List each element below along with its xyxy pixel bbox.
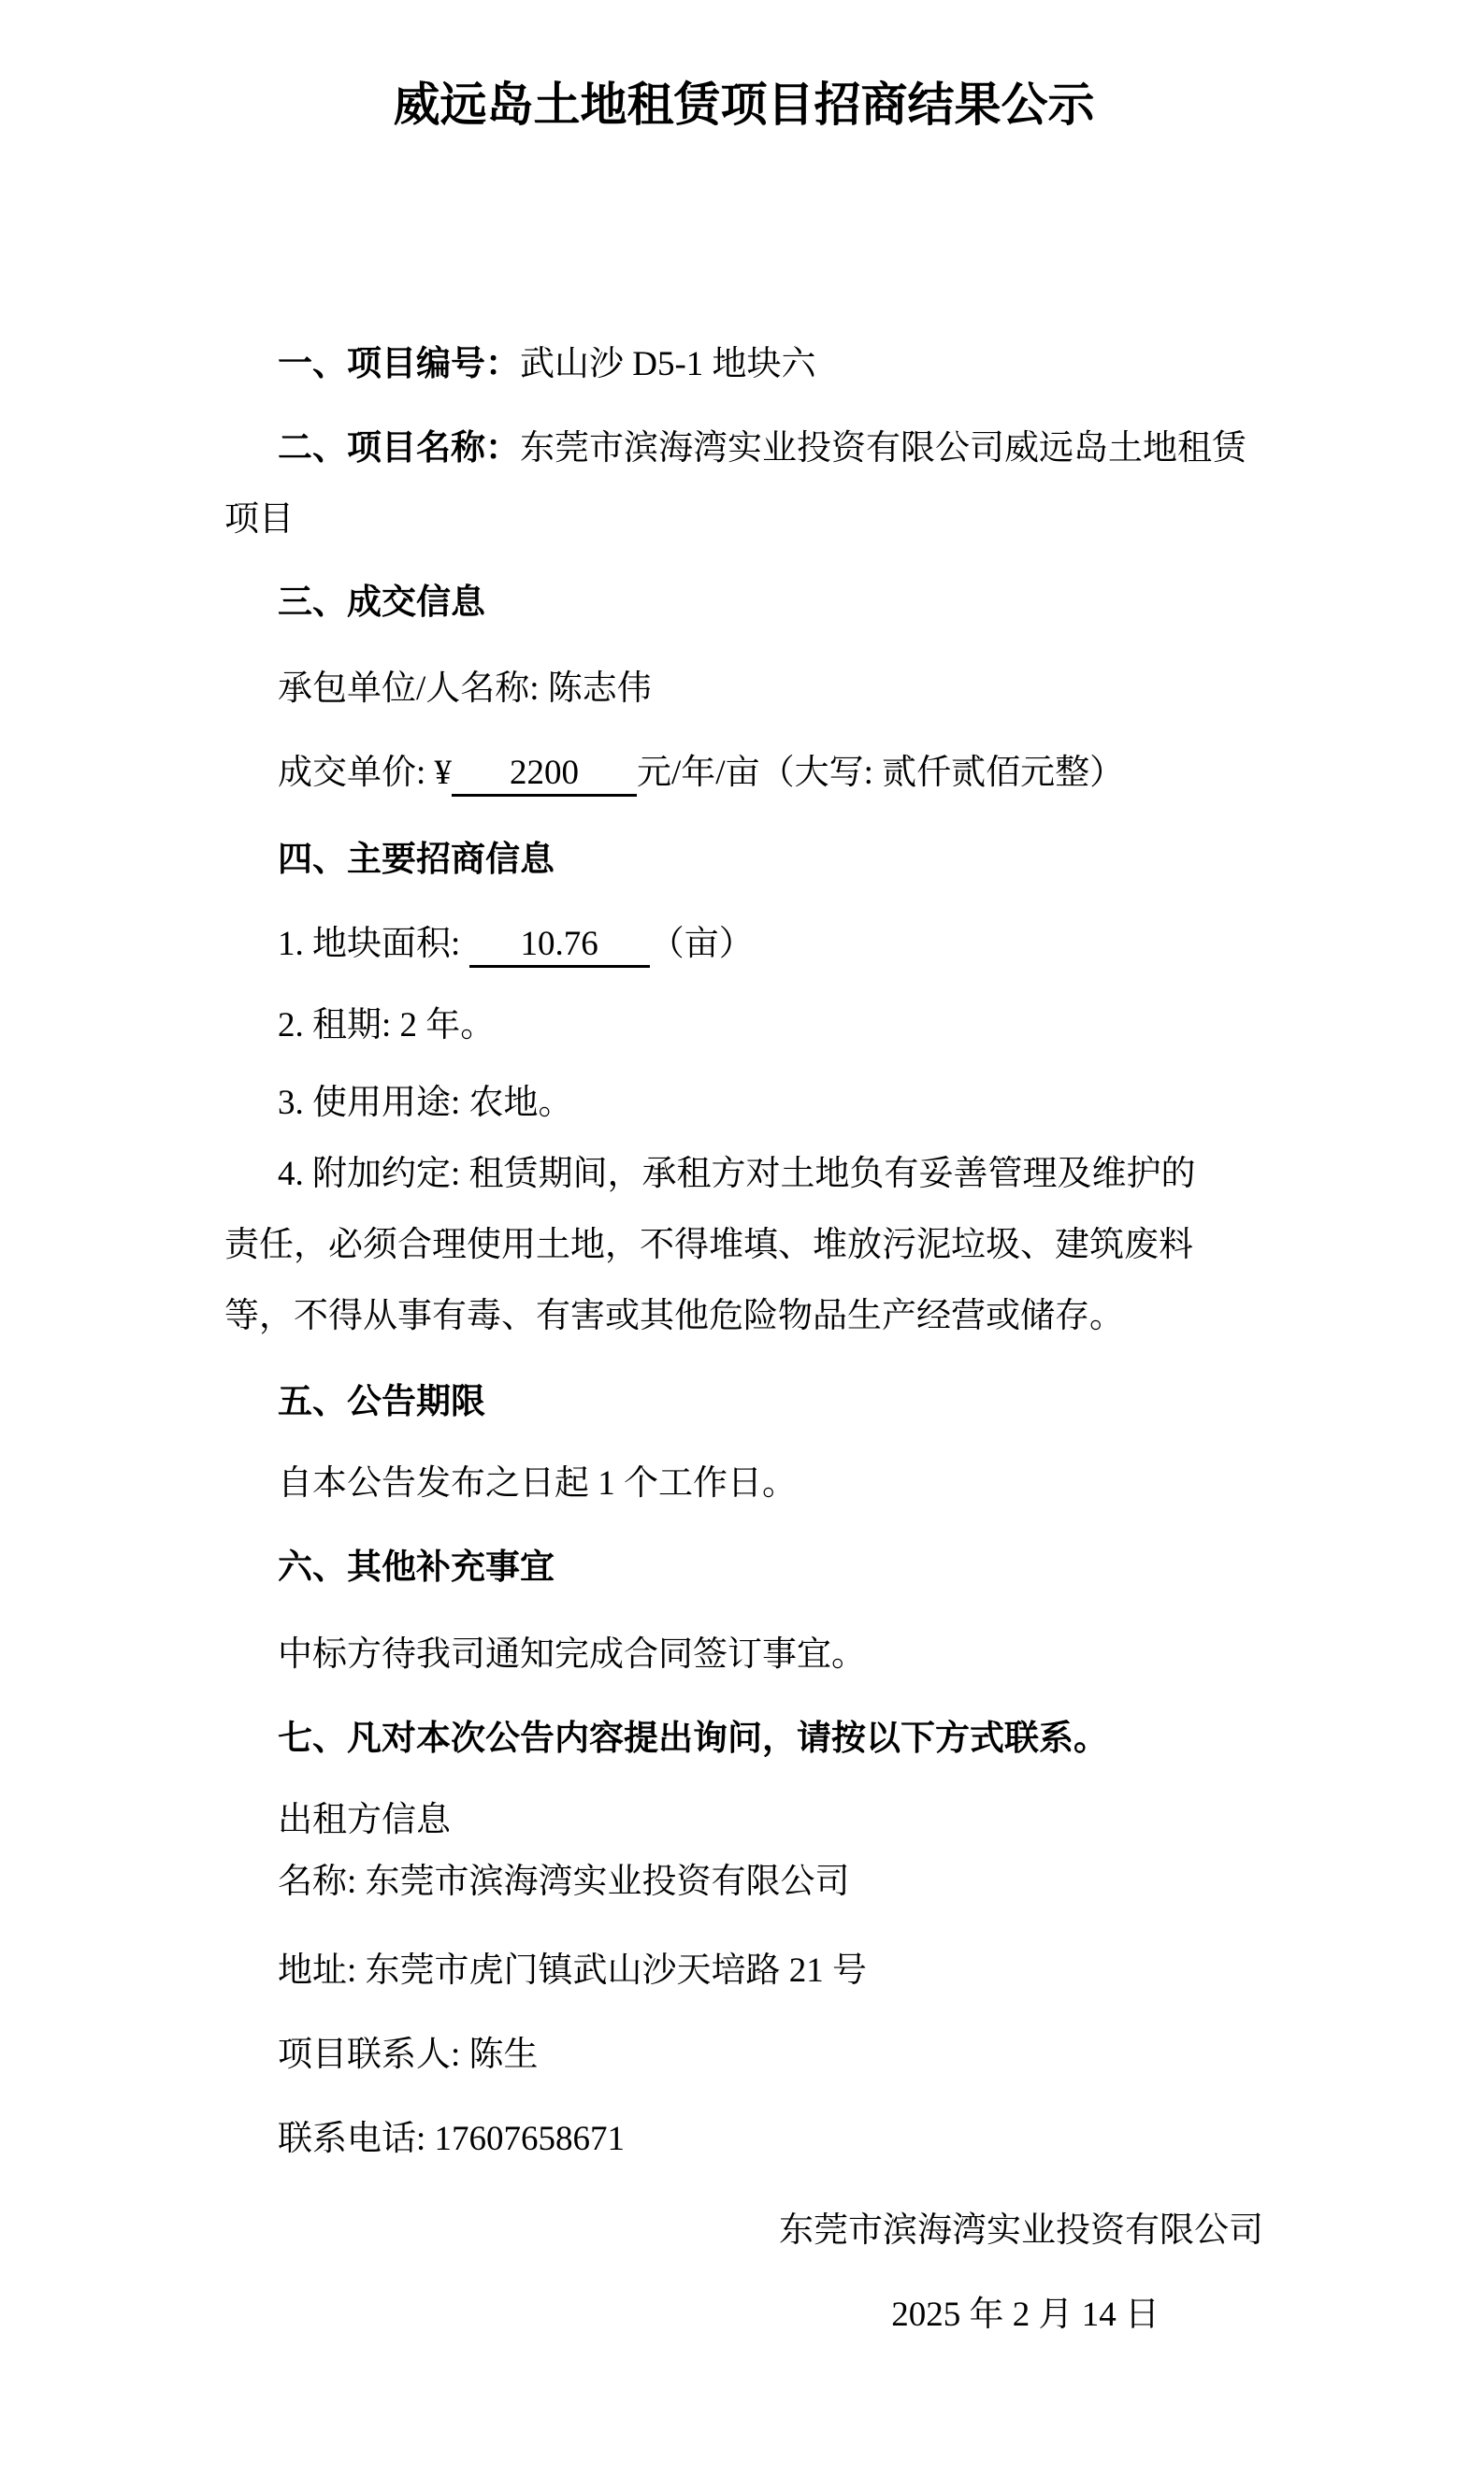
section6-heading: 六、其他补充事宜 bbox=[224, 1533, 1263, 1604]
lessor-info-heading: 出租方信息 bbox=[224, 1785, 1263, 1856]
contact-phone-line: 联系电话: 17607658671 bbox=[224, 2104, 1263, 2175]
signature-date-line: 2025 年 2 月 14 日 bbox=[224, 2280, 1263, 2351]
usage-line: 3. 使用用途: 农地。 bbox=[224, 1068, 1263, 1139]
section3-heading: 三、成交信息 bbox=[224, 568, 1263, 639]
lessor-name-line: 名称: 东莞市滨海湾实业投资有限公司 bbox=[224, 1847, 1263, 1918]
signature-company-line: 东莞市滨海湾实业投资有限公司 bbox=[224, 2196, 1263, 2267]
lessor-address-line: 地址: 东莞市虎门镇武山沙天培路 21 号 bbox=[224, 1936, 1263, 2007]
lease-term-line: 2. 租期: 2 年。 bbox=[224, 990, 1263, 1061]
price-value-underlined: 2200 bbox=[452, 754, 637, 797]
project-name-paragraph: 二、项目名称：东莞市滨海湾实业投资有限公司威远岛土地租赁 项目 bbox=[224, 413, 1263, 555]
contact-person-line: 项目联系人: 陈生 bbox=[224, 2020, 1263, 2091]
area-suffix: （亩） bbox=[650, 925, 754, 963]
project-number-value: 武山沙 D5-1 地块六 bbox=[520, 345, 816, 383]
price-prefix: 成交单价: ¥ bbox=[278, 754, 452, 792]
price-line: 成交单价: ¥2200元/年/亩（大写: 贰仟贰佰元整） bbox=[224, 738, 1263, 809]
area-line: 1. 地块面积: 10.76（亩） bbox=[224, 909, 1263, 980]
contractor-line: 承包单位/人名称: 陈志伟 bbox=[224, 654, 1263, 725]
additional-terms-paragraph: 4. 附加约定: 租赁期间，承租方对土地负有妥善管理及维护的 责任，必须合理使用… bbox=[224, 1139, 1263, 1352]
notice-period-line: 自本公告发布之日起 1 个工作日。 bbox=[224, 1448, 1263, 1519]
area-prefix: 1. 地块面积: bbox=[278, 925, 469, 963]
price-suffix: 元/年/亩（大写: 贰仟贰佰元整） bbox=[637, 754, 1124, 792]
project-number-label: 一、项目编号： bbox=[278, 345, 520, 383]
supplement-line: 中标方待我司通知完成合同签订事宜。 bbox=[224, 1620, 1263, 1691]
section5-heading: 五、公告期限 bbox=[224, 1367, 1263, 1438]
project-name-label: 二、项目名称： bbox=[278, 429, 520, 468]
section4-heading: 四、主要招商信息 bbox=[224, 825, 1263, 896]
section7-heading: 七、凡对本次公告内容提出询问，请按以下方式联系。 bbox=[224, 1704, 1263, 1775]
document-title: 威远岛土地租赁项目招商结果公示 bbox=[224, 67, 1263, 142]
area-value-underlined: 10.76 bbox=[469, 925, 650, 968]
document-page: 威远岛土地租赁项目招商结果公示 一、项目编号：武山沙 D5-1 地块六 二、项目… bbox=[0, 0, 1484, 2477]
project-number-line: 一、项目编号：武山沙 D5-1 地块六 bbox=[224, 329, 1263, 400]
